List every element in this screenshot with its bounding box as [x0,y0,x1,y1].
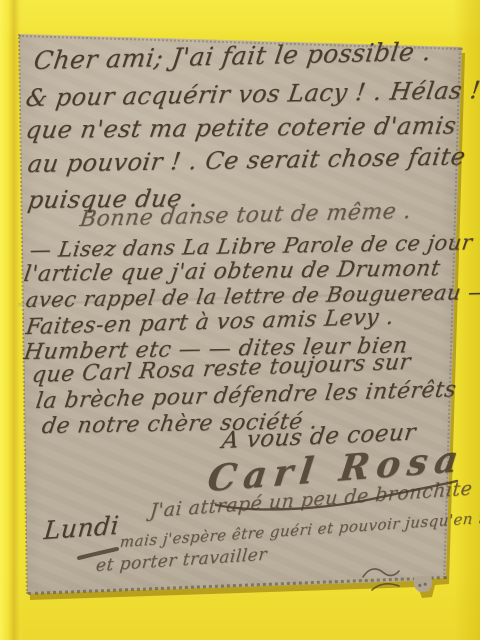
letter-line: que n'est ma petite coterie d'amis [24,111,458,144]
letter-photograph: Cher ami; J'ai fait le possible . & pour… [0,0,480,640]
postscript-day: Lundi [43,511,121,546]
